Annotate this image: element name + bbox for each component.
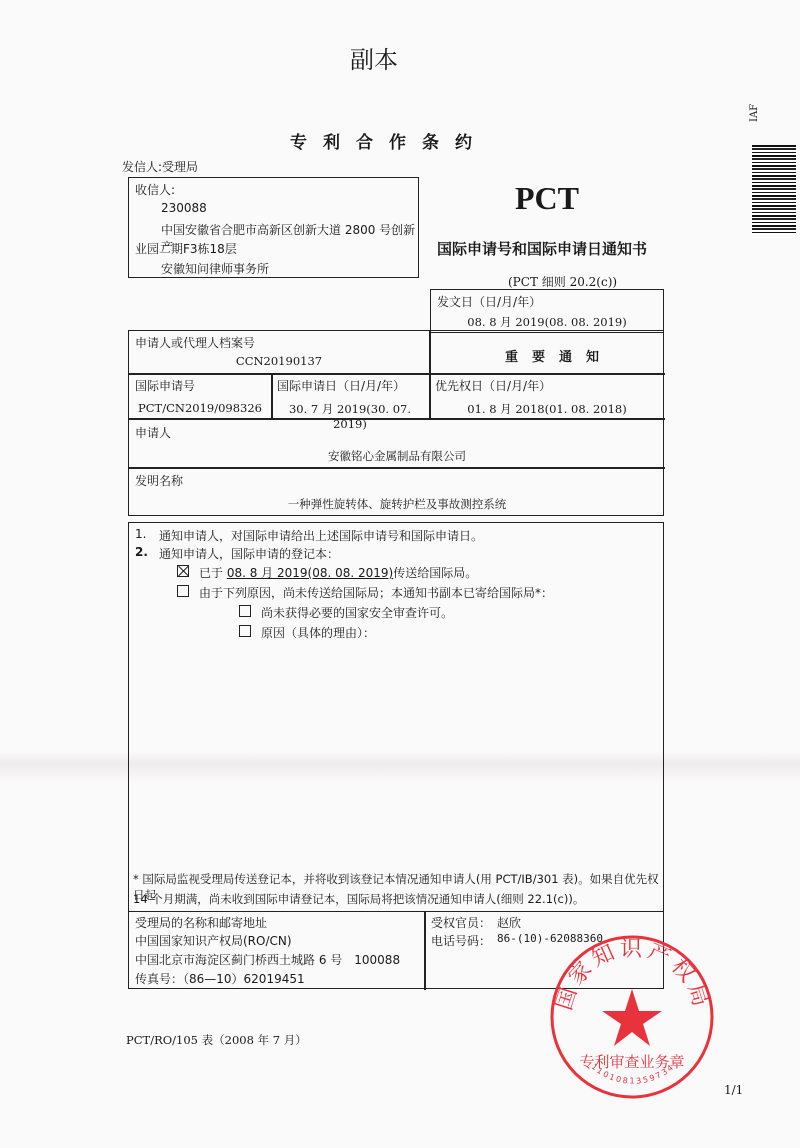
copy-mark: 副本 [350,40,398,75]
form-subtitle: 国际申请号和国际申请日通知书 [437,238,647,259]
intl-app-no-label: 国际申请号 [135,377,195,394]
page-number: 1/1 [724,1083,743,1097]
intl-filing-date-value: 30. 7 月 2019(30. 07. 2019) [271,401,429,431]
option-not-transmitted: 由于下列原因，尚未传送给国际局；本通知书副本已寄给国际局*： [199,584,553,601]
priority-date-label: 优先权日（日/月/年） [435,377,551,394]
mailing-date-value: 08. 8 月 2019(08. 08. 2019) [431,314,663,330]
important-notice: 重要通知 [454,346,664,365]
option-transmitted-date: 08. 8 月 2019(08. 08. 2019) [227,566,393,580]
notice-2-text: 通知申请人，国际申请的登记本： [159,545,339,562]
recipient-box: 收信人: 230088 中国安徽省合肥市高新区创新大道 2800 号创新产 业园… [128,177,419,278]
checkbox-other-reason[interactable] [239,625,251,637]
notice-1-num: 1. [135,527,146,541]
receiving-office-fax: 传真号：（86—10）62019451 [135,970,305,987]
barcode-label: IAF [749,104,760,122]
invention-value: 一种弹性旋转体、旋转护栏及事故测控系统 [129,496,665,512]
mailing-date-label: 发文日（日/月/年） [437,293,541,310]
option-security-clearance: 尚未获得必要的国家安全审查许可。 [261,604,453,621]
file-ref-label: 申请人或代理人档案号 [135,334,255,351]
notices-box: 1. 通知申请人，对国际申请给出上述国际申请号和国际申请日。 2. 通知申请人，… [128,522,664,912]
option-transmitted-prefix: 已于 [199,566,227,580]
form-rule: (PCT 细则 20.2(c)) [508,273,617,290]
info-grid: 申请人或代理人档案号 CCN20190137 重要通知 国际申请号 PCT/CN… [128,330,664,516]
intl-filing-date-label: 国际申请日（日/月/年） [277,377,405,394]
mailing-date-box: 发文日（日/月/年） 08. 8 月 2019(08. 08. 2019) [430,289,664,333]
recipient-firm: 安徽知问律师事务所 [161,260,269,277]
phone-label: 电话号码： [431,932,491,949]
sender-label: 发信人:受理局 [122,158,198,175]
applicant-label: 申请人 [135,424,171,441]
checkbox-security-clearance[interactable] [239,605,251,617]
option-other-reason: 原因（具体的理由）： [261,624,375,641]
form-pct-title: PCT [515,180,579,217]
receiving-office-label: 受理局的名称和邮寄地址 [135,914,267,931]
option-transmitted-suffix: 传送给国际局。 [393,566,477,580]
priority-date-value: 01. 8 月 2018(01. 08. 2018) [429,401,665,417]
applicant-value: 安徽铭心金属制品有限公司 [129,448,665,464]
officer-name: 赵欣 [497,914,521,931]
form-id: PCT/RO/105 表（2008 年 7 月） [126,1032,307,1048]
checkbox-not-transmitted[interactable] [177,585,189,597]
recipient-postcode: 230088 [161,201,207,215]
barcode-icon [752,145,796,235]
checkbox-transmitted[interactable] [177,565,189,577]
invention-label: 发明名称 [135,472,183,489]
treaty-title: 专利合作条约 [290,128,488,153]
receiving-office-address: 中国北京市海淀区蓟门桥西土城路 6 号 100088 [135,951,400,968]
recipient-address-2: 业园二期F3栋18层 [135,240,237,257]
notice-1-text: 通知申请人，对国际申请给出上述国际申请号和国际申请日。 [159,527,483,544]
file-ref-value: CCN20190137 [129,354,429,368]
recipient-label: 收信人: [135,181,175,198]
officer-label: 受权官员： [431,914,491,931]
notice-2-num: 2. [135,545,148,559]
receiving-office-name: 中国国家知识产权局(RO/CN) [135,932,292,949]
official-seal-icon: 国家知识产权局 专利审查业务章 1101081359734 [548,933,716,1101]
footnote-line-2: 14 个月期满，尚未收到国际申请登记本，国际局将把该情况通知申请人(细则 22.… [133,891,584,907]
option-transmitted: 已于 08. 8 月 2019(08. 08. 2019)传送给国际局。 [199,564,477,581]
intl-app-no-value: PCT/CN2019/098326 [129,401,271,415]
